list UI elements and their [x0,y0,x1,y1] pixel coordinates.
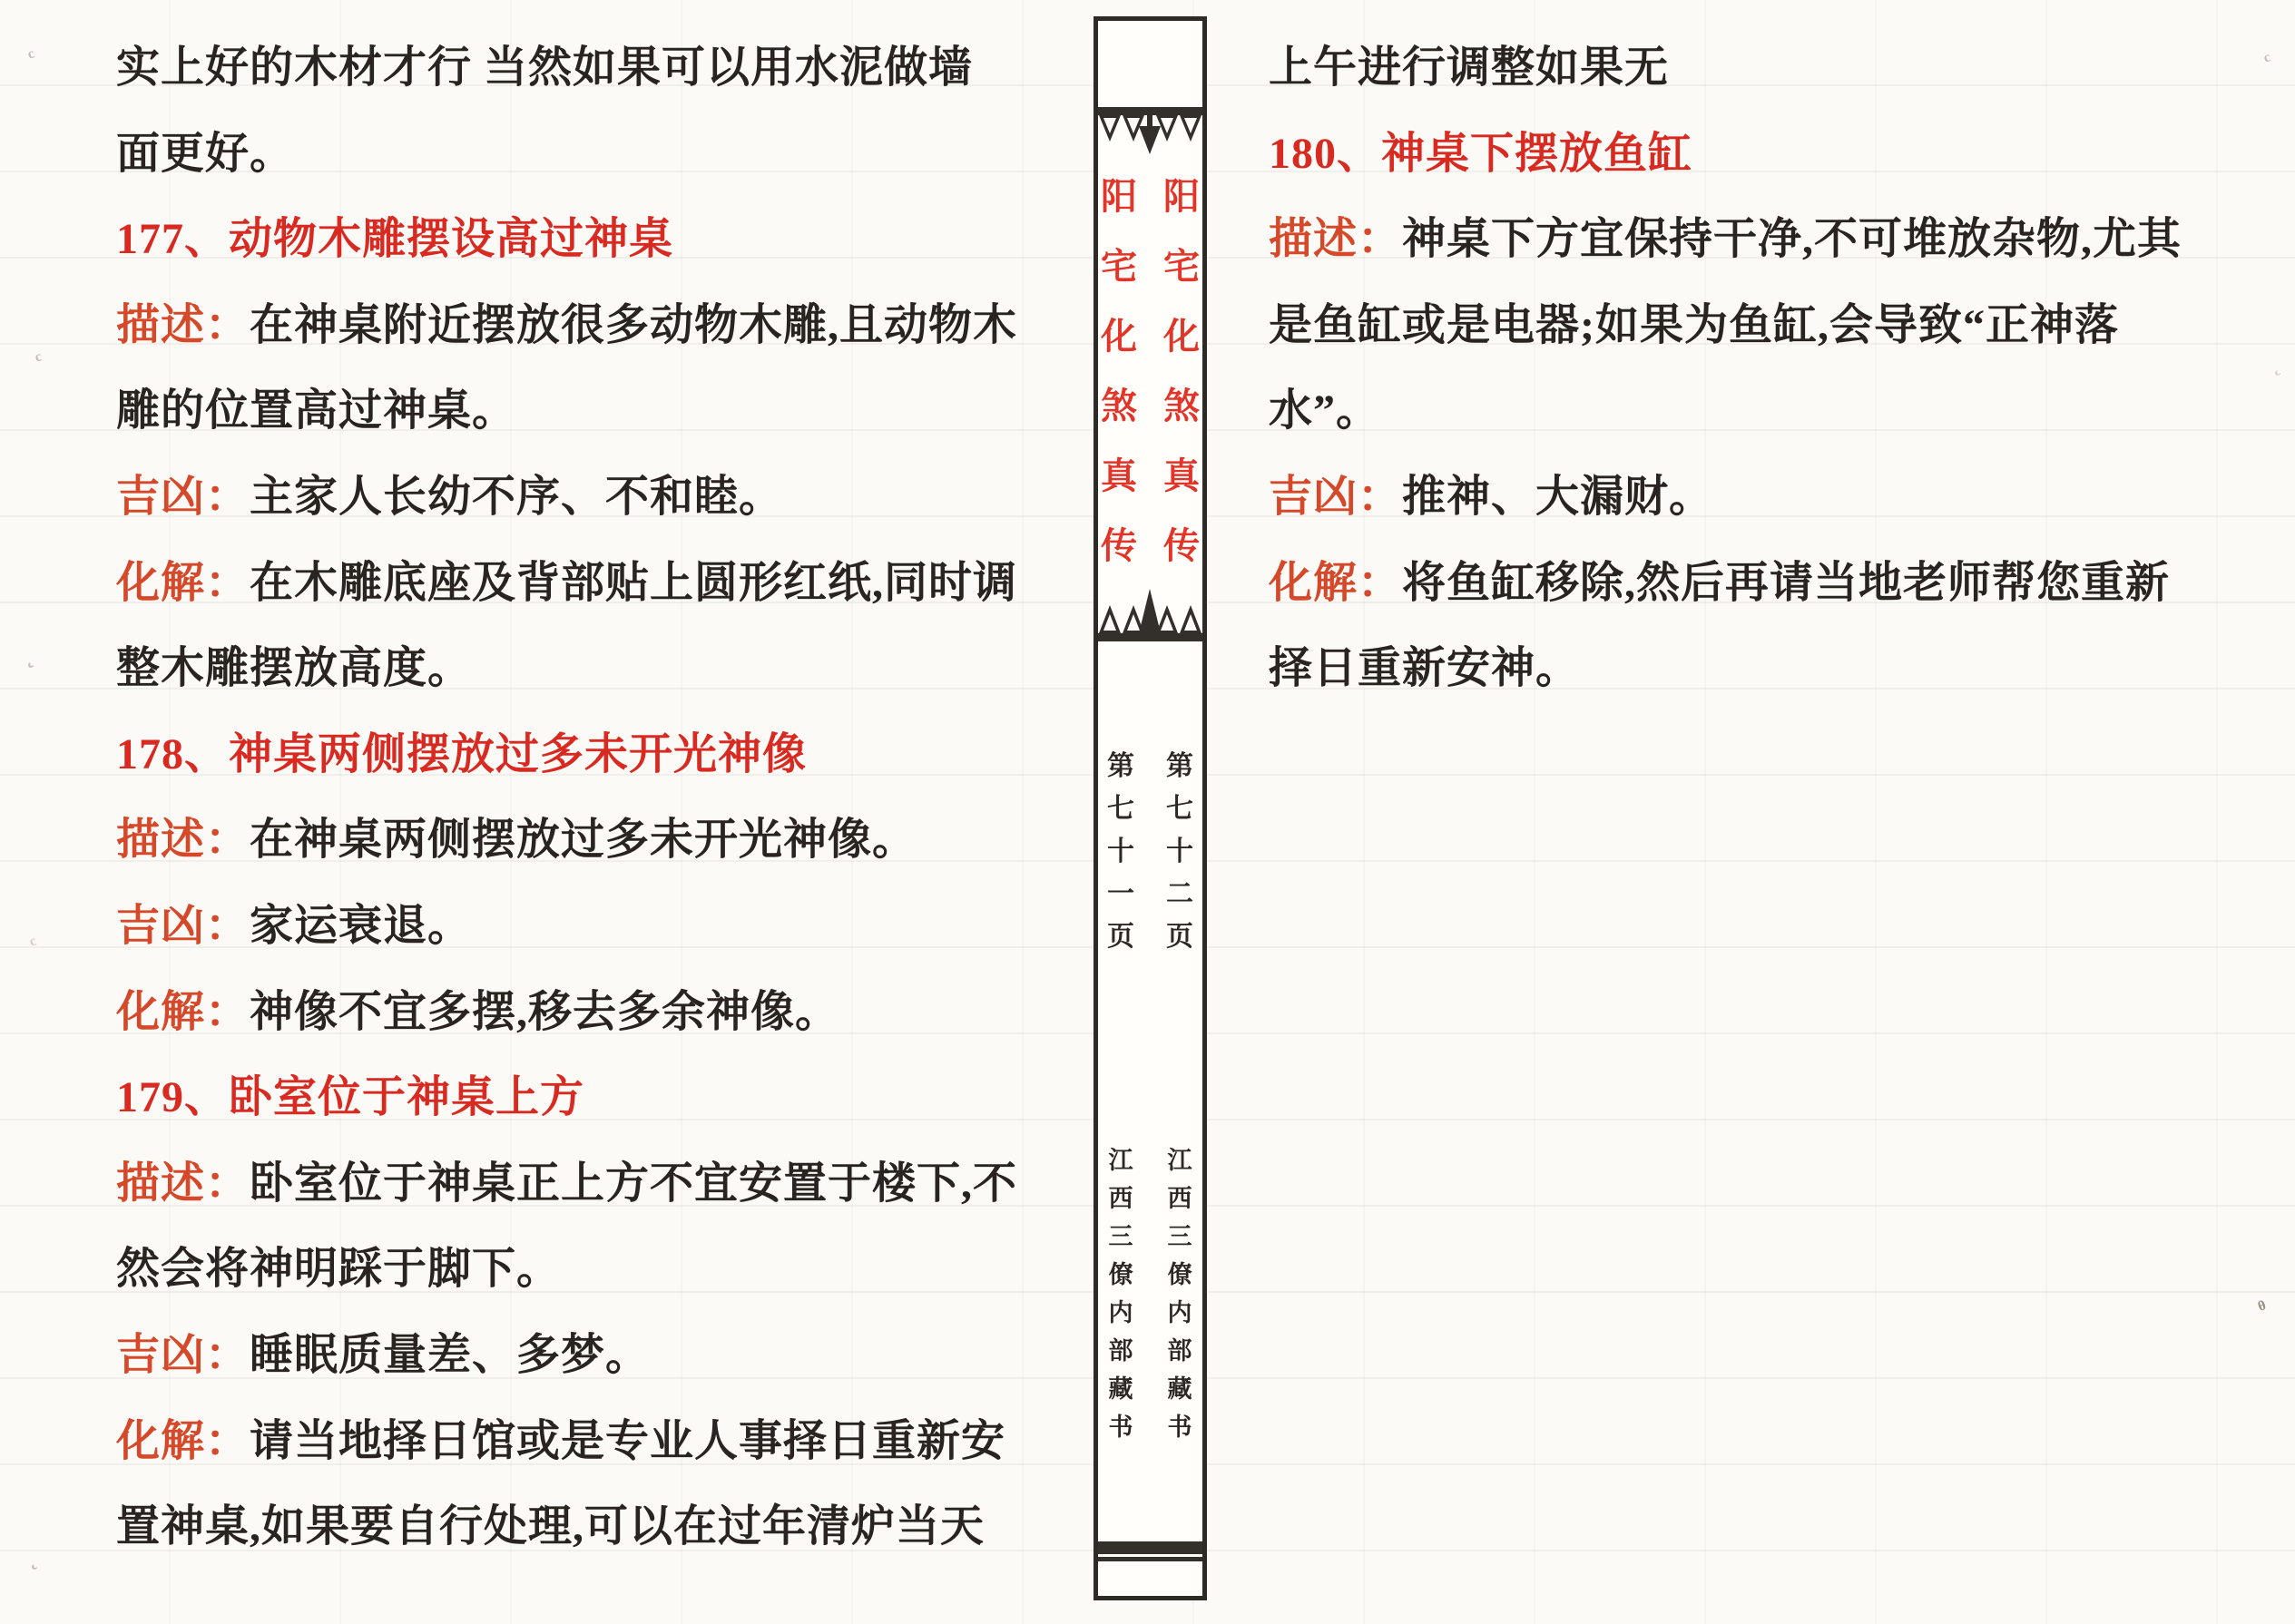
spine-char: 第 [1164,751,1195,782]
field-label: 描述： [116,816,250,864]
spine-char: 内 [1105,1299,1136,1326]
spine-char: 僚 [1164,1261,1195,1288]
text-line: 上午进行调整如果无 [1269,44,2231,130]
spine-char: 三 [1164,1223,1195,1250]
body-text: 在神桌附近摆放很多动物木雕,且动物木 [250,301,1017,349]
spine-char: 书 [1105,1414,1136,1441]
body-text: 上午进行调整如果无 [1269,44,1669,92]
entry-title-text: 179、卧室位于神桌上方 [116,1073,584,1121]
text-line: 描述：神桌下方宜保持干净,不可堆放杂物,尤其 [1269,215,2231,301]
text-line: 化解：神像不宜多摆,移去多余神像。 [116,988,1078,1074]
scan-speck: ᶜ [32,347,47,374]
spine-char: 内 [1164,1299,1195,1326]
field-label: 描述： [116,1159,250,1208]
spine-char: 传 [1162,527,1201,565]
field-label: 吉凶： [116,1331,250,1379]
text-line: 描述：在神桌附近摆放很多动物木雕,且动物木 [116,301,1078,387]
spine-char: 十 [1164,836,1195,867]
field-label: 吉凶： [116,902,250,950]
spine-char: 三 [1105,1223,1136,1250]
body-text: 卧室位于神桌正上方不宜安置于楼下,不 [250,1159,1017,1208]
spine-char: 藏 [1105,1375,1136,1403]
field-label: 化解： [116,559,250,607]
entry-title-text: 177、动物木雕摆设高过神桌 [116,215,673,263]
text-line: 实上好的木材才行 当然如果可以用水泥做墙 [116,44,1078,130]
body-text: 神像不宜多摆,移去多余神像。 [250,988,839,1036]
body-text: 睡眠质量差、多梦。 [250,1331,650,1379]
scan-speck: ᶿ [2255,1296,2270,1324]
spine-page-number-right: 第七十二页 [1164,751,1195,964]
spine-title-column-right: 阳宅化煞真传 [1162,178,1201,597]
field-label: 描述： [1269,215,1402,263]
body-text: 雕的位置高过神桌。 [116,386,516,435]
text-line: 面更好。 [116,130,1078,216]
text-line: 描述：卧室位于神桌正上方不宜安置于楼下,不 [116,1159,1078,1246]
spine-collection-note-left: 江西三僚内部藏书 [1105,1147,1136,1452]
spine-bottom-ornament-icon [1098,582,1202,641]
spine-char: 煞 [1162,387,1201,426]
spine-char: 僚 [1105,1261,1136,1288]
left-page-text: 实上好的木材才行 当然如果可以用水泥做墙面更好。177、动物木雕摆设高过神桌描述… [116,44,1078,1589]
spine-char: 真 [1100,457,1138,495]
field-label: 化解： [116,1417,250,1465]
text-line: 是鱼缸或是电器;如果为鱼缸,会导致“正神落 [1269,301,2231,387]
body-text: 置神桌,如果要自行处理,可以在过年清炉当天 [116,1502,985,1551]
scan-speck: ᶜ [25,44,40,71]
body-text: 实上好的木材才行 当然如果可以用水泥做墙 [116,44,973,92]
spine-char: 江 [1105,1147,1136,1174]
text-line: 178、神桌两侧摆放过多未开光神像 [116,730,1078,817]
text-line: 择日重新安神。 [1269,644,2231,730]
spine-char: 书 [1164,1414,1195,1441]
spine-char: 十 [1105,836,1136,867]
right-page-text: 上午进行调整如果无180、神桌下摆放鱼缸描述：神桌下方宜保持干净,不可堆放杂物,… [1269,44,2231,730]
text-line: 180、神桌下摆放鱼缸 [1269,130,2231,216]
spine-collection-note-right: 江西三僚内部藏书 [1164,1147,1195,1452]
book-scan-page: 实上好的木材才行 当然如果可以用水泥做墙面更好。177、动物木雕摆设高过神桌描述… [0,0,2295,1624]
spine-char: 宅 [1162,248,1201,286]
body-text: 推神、大漏财。 [1402,473,1713,521]
spine-char: 西 [1105,1185,1136,1212]
text-line: 化解：在木雕底座及背部贴上圆形红纸,同时调 [116,559,1078,645]
text-line: 置神桌,如果要自行处理,可以在过年清炉当天 [116,1502,1078,1589]
spine-char: 藏 [1164,1375,1195,1403]
spine-rule-thin [1098,1557,1202,1561]
spine-char: 江 [1164,1147,1195,1174]
text-line: 然会将神明踩于脚下。 [116,1245,1078,1331]
spine-char: 真 [1162,457,1201,495]
body-text: 是鱼缸或是电器;如果为鱼缸,会导致“正神落 [1269,301,2119,349]
text-line: 水”。 [1269,386,2231,473]
spine-char: 阳 [1162,178,1201,216]
spine-char: 宅 [1100,248,1138,286]
body-text: 然会将神明踩于脚下。 [116,1245,561,1293]
spine-char: 页 [1164,922,1195,953]
text-line: 整木雕摆放高度。 [116,644,1078,730]
body-text: 水”。 [1269,386,1380,435]
text-line: 177、动物木雕摆设高过神桌 [116,215,1078,301]
text-line: 化解：将鱼缸移除,然后再请当地老师帮您重新 [1269,559,2231,645]
field-label: 描述： [116,301,250,349]
spine-char: 七 [1105,794,1136,825]
body-text: 主家人长幼不序、不和睦。 [250,473,783,521]
spine-title-column-left: 阳宅化煞真传 [1100,178,1138,597]
text-line: 吉凶：家运衰退。 [116,902,1078,988]
scan-speck: ˛ [23,1543,39,1571]
spine-rule-thick [1098,1541,1202,1554]
body-text: 在木雕底座及背部贴上圆形红纸,同时调 [250,559,1017,607]
field-label: 化解： [116,988,250,1036]
spine-char: 化 [1162,318,1201,356]
text-line: 吉凶：主家人长幼不序、不和睦。 [116,473,1078,559]
body-text: 在神桌两侧摆放过多未开光神像。 [250,816,917,864]
spine-char: 煞 [1100,387,1138,426]
text-line: 吉凶：推神、大漏财。 [1269,473,2231,559]
scan-speck: ˛ [2266,349,2282,377]
spine-char: 阳 [1100,178,1138,216]
body-text: 面更好。 [116,130,294,178]
scan-speck: ᶜ [26,931,42,958]
spine-top-ornament-icon [1098,107,1202,165]
spine-char: 七 [1164,794,1195,825]
body-text: 神桌下方宜保持干净,不可堆放杂物,尤其 [1402,215,2182,263]
text-line: 179、卧室位于神桌上方 [116,1073,1078,1159]
text-line: 吉凶：睡眠质量差、多梦。 [116,1331,1078,1417]
body-text: 整木雕摆放高度。 [116,644,472,692]
spine-char: 第 [1105,751,1136,782]
spine-char: 二 [1164,879,1195,910]
spine-char: 一 [1105,879,1136,910]
spine-char: 页 [1105,922,1136,953]
text-line: 描述：在神桌两侧摆放过多未开光神像。 [116,816,1078,902]
field-label: 吉凶： [116,473,250,521]
text-line: 化解：请当地择日馆或是专业人事择日重新安 [116,1417,1078,1503]
body-text: 将鱼缸移除,然后再请当地老师帮您重新 [1402,559,2170,607]
spine-column: 阳宅化煞真传 阳宅化煞真传 第七十一页 第七十二页 江西三僚内部藏书 江西三僚内… [1094,16,1207,1600]
entry-title-text: 180、神桌下摆放鱼缸 [1269,130,1692,178]
spine-char: 部 [1164,1337,1195,1365]
field-label: 化解： [1269,559,1402,607]
scan-speck: ˛ [19,641,35,670]
body-text: 请当地择日馆或是专业人事择日重新安 [250,1417,1005,1465]
field-label: 吉凶： [1269,473,1402,521]
body-text: 家运衰退。 [250,902,472,950]
spine-char: 化 [1100,318,1138,356]
spine-page-number-left: 第七十一页 [1105,751,1136,964]
spine-char: 传 [1100,527,1138,565]
scan-speck: ᶜ [2261,47,2276,74]
spine-char: 部 [1105,1337,1136,1365]
entry-title-text: 178、神桌两侧摆放过多未开光神像 [116,730,807,778]
text-line: 雕的位置高过神桌。 [116,386,1078,473]
body-text: 择日重新安神。 [1269,644,1580,692]
spine-char: 西 [1164,1185,1195,1212]
